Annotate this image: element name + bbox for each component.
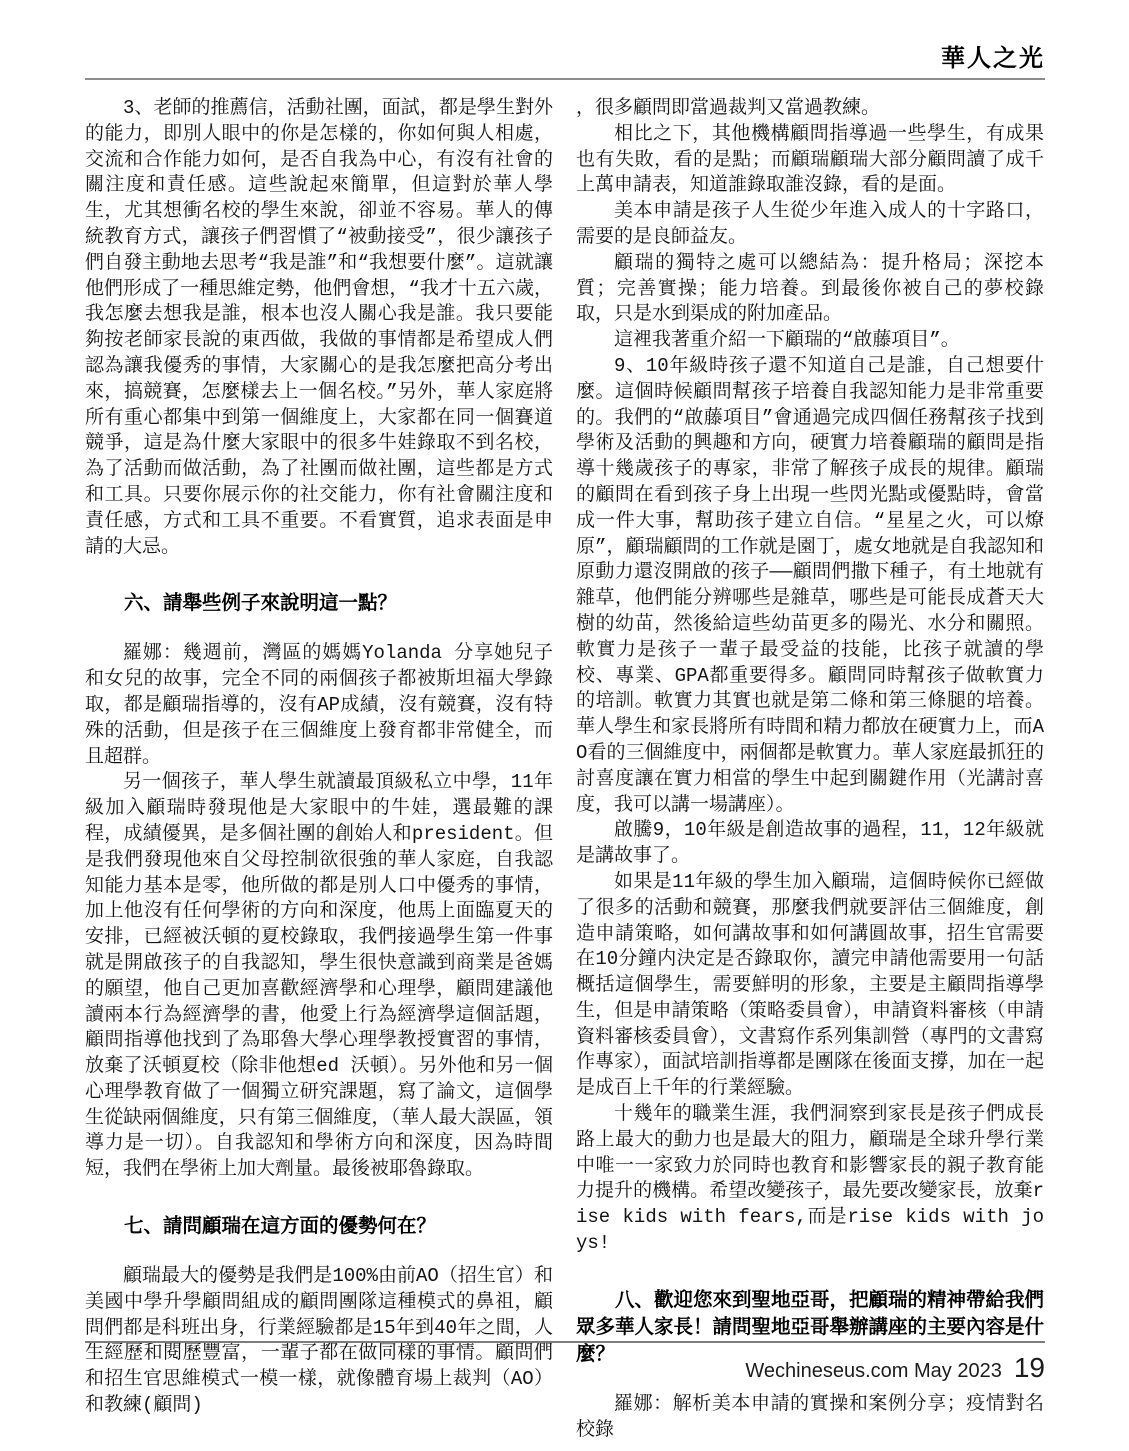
paragraph: 3、老師的推薦信，活動社團，面試，都是學生對外的能力，即別人眼中的你是怎樣的，你…	[85, 96, 553, 560]
section-heading: 七、請問顧瑞在這方面的優勢何在？	[85, 1213, 553, 1240]
page-header: 華人之光	[85, 38, 1045, 73]
footer-divider	[85, 1341, 1045, 1343]
paragraph: 另一個孩子，華人學生就讀最頂級私立中學，11年級加入顧瑞時發現他是大家眼中的牛娃…	[85, 770, 553, 1183]
section-heading: 六、請舉些例子來說明這一點？	[85, 590, 553, 617]
paragraph: 如果是11年級的學生加入顧瑞，這個時候你已經做了很多的活動和競賽，那麼我們就要評…	[576, 870, 1044, 1102]
paragraph-continuation: ，很多顧問即當過裁判又當過教練。	[576, 96, 1044, 122]
right-column: ，很多顧問即當過裁判又當過教練。 相比之下，其他機構顧問指導過一些學生，有成果也…	[576, 96, 1044, 1443]
paragraph: 羅娜：解析美本申請的實操和案例分享；疫情對名校錄	[576, 1392, 1044, 1444]
magazine-page: 華人之光 3、老師的推薦信，活動社團，面試，都是學生對外的能力，即別人眼中的你是…	[0, 0, 1129, 1451]
page-title: 華人之光	[941, 43, 1045, 72]
paragraph: 相比之下，其他機構顧問指導過一些學生，有成果也有失敗，看的是點；而顧瑞顧瑞大部分…	[576, 122, 1044, 199]
paragraph: 羅娜：幾週前，灣區的媽媽Yolanda 分享她兒子和女兒的故事，完全不同的兩個孩…	[85, 641, 553, 770]
paragraph: 這裡我著重介紹一下顧瑞的“啟藤項目”。	[576, 328, 1044, 354]
article-body: 3、老師的推薦信，活動社團，面試，都是學生對外的能力，即別人眼中的你是怎樣的，你…	[85, 96, 1045, 1443]
paragraph: 美本申請是孩子人生從少年進入成人的十字路口，需要的是良師益友。	[576, 199, 1044, 251]
paragraph: 9、10年級時孩子還不知道自己是誰，自己想要什麼。這個時候顧問幫孩子培養自我認知…	[576, 354, 1044, 818]
paragraph: 顧瑞的獨特之處可以總結為：提升格局；深挖本質；完善實操；能力培養。到最後你被自己…	[576, 251, 1044, 328]
footer-site-text: Wechineseus.com May 2023	[745, 1360, 1001, 1383]
page-footer: Wechineseus.com May 2023 19	[745, 1352, 1045, 1384]
paragraph: 啟騰9，10年級是創造故事的過程，11，12年級就是講故事了。	[576, 818, 1044, 870]
header-divider	[85, 78, 1045, 80]
paragraph: 十幾年的職業生涯，我們洞察到家長是孩子們成長路上最大的動力也是最大的阻力，顧瑞是…	[576, 1102, 1044, 1257]
left-column: 3、老師的推薦信，活動社團，面試，都是學生對外的能力，即別人眼中的你是怎樣的，你…	[85, 96, 553, 1443]
page-number: 19	[1014, 1352, 1045, 1384]
